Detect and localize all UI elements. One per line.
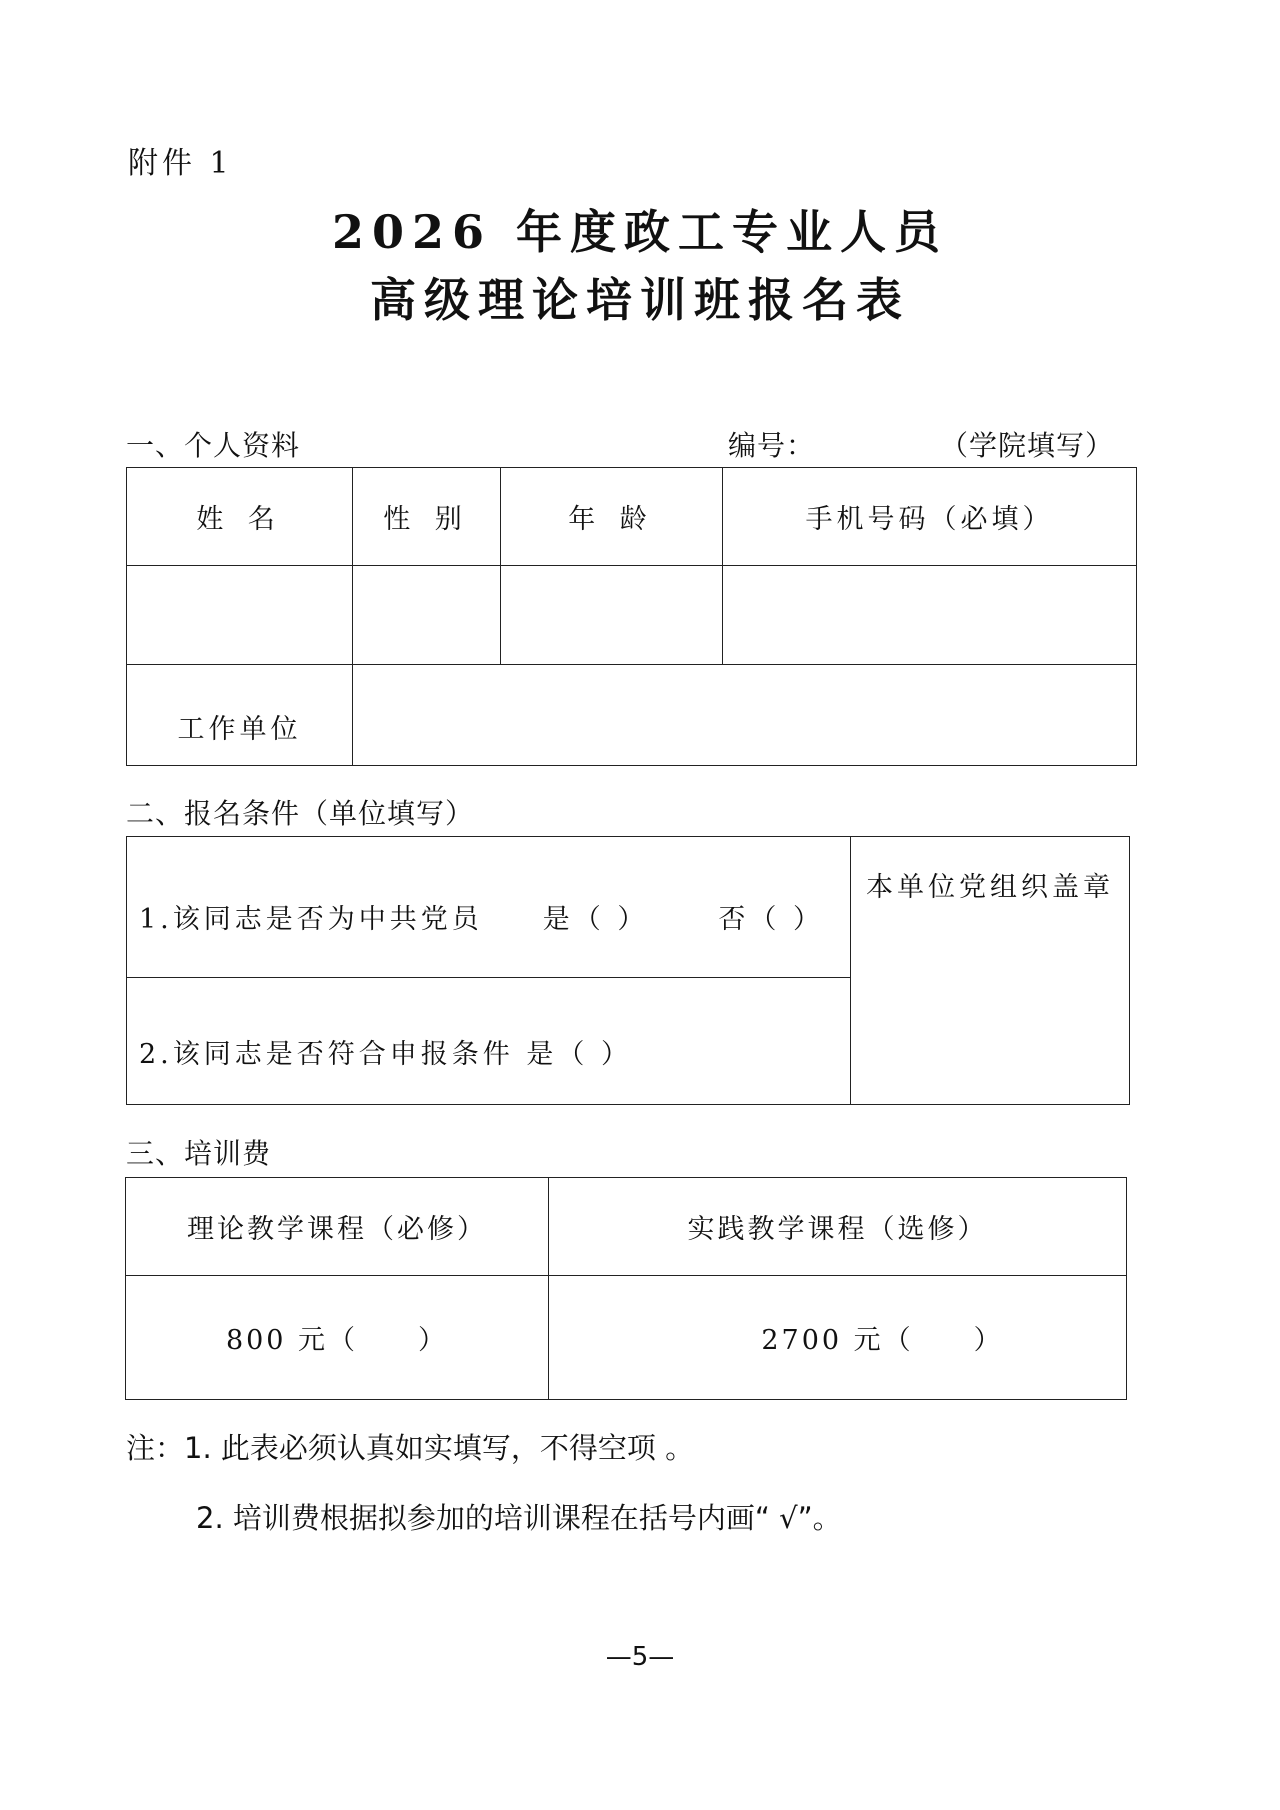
qualified-question: 2.该同志是否符合申报条件 — [139, 1039, 514, 1070]
section-eligibility-heading: 二、报名条件（单位填写） — [126, 792, 474, 832]
page-number: —5— — [0, 1642, 1280, 1672]
header-gender: 性 别 — [353, 468, 501, 566]
phone-field[interactable] — [723, 566, 1137, 665]
header-phone: 手机号码（必填） — [723, 468, 1137, 566]
page-title-line2: 高级理论培训班报名表 — [0, 264, 1280, 330]
eligibility-item-party-member: 1.该同志是否为中共党员是（ ）否（ ） — [127, 837, 851, 978]
personal-info-table: 姓 名 性 别 年 龄 手机号码（必填） 工作单位 — [126, 467, 1137, 766]
note-line-1: 注：1. 此表必须认真如实填写，不得空项 。 — [126, 1426, 694, 1467]
eligibility-item-qualified: 2.该同志是否符合申报条件 是（ ） — [127, 978, 851, 1105]
serial-number-note: （学院填写） — [940, 424, 1114, 464]
note-line-2: 2. 培训费根据拟参加的培训课程在括号内画“ √”。 — [196, 1496, 842, 1537]
name-field[interactable] — [127, 566, 353, 665]
qualified-yes[interactable]: 是（ ） — [526, 1039, 632, 1070]
party-stamp-cell: 本单位党组织盖章 — [851, 837, 1130, 1105]
section-training-fee-heading: 三、培训费 — [126, 1132, 271, 1172]
eligibility-table: 1.该同志是否为中共党员是（ ）否（ ） 本单位党组织盖章 2.该同志是否符合申… — [126, 836, 1130, 1105]
page-title-line1: 2026 年度政工专业人员 — [0, 196, 1280, 262]
practice-course-header: 实践教学课程（选修） — [549, 1178, 1127, 1276]
party-member-question: 1.该同志是否为中共党员 — [139, 904, 483, 935]
serial-number-label: 编号： — [728, 424, 815, 464]
work-unit-label: 工作单位 — [127, 665, 353, 766]
header-age: 年 龄 — [501, 468, 723, 566]
header-name: 姓 名 — [127, 468, 353, 566]
gender-field[interactable] — [353, 566, 501, 665]
training-fee-table: 理论教学课程（必修） 实践教学课程（选修） 800 元（ ） 2700 元（ ） — [125, 1177, 1127, 1400]
section-personal-info-heading: 一、个人资料 — [126, 424, 300, 464]
theory-course-header: 理论教学课程（必修） — [126, 1178, 549, 1276]
party-member-yes[interactable]: 是（ ） — [543, 904, 649, 935]
age-field[interactable] — [501, 566, 723, 665]
party-member-no[interactable]: 否（ ） — [718, 904, 824, 935]
annex-label: 附件 1 — [128, 138, 233, 182]
theory-course-fee[interactable]: 800 元（ ） — [126, 1276, 549, 1400]
work-unit-field[interactable] — [353, 665, 1137, 766]
party-stamp-label: 本单位党组织盖章 — [866, 872, 1114, 903]
practice-course-fee[interactable]: 2700 元（ ） — [549, 1276, 1127, 1400]
